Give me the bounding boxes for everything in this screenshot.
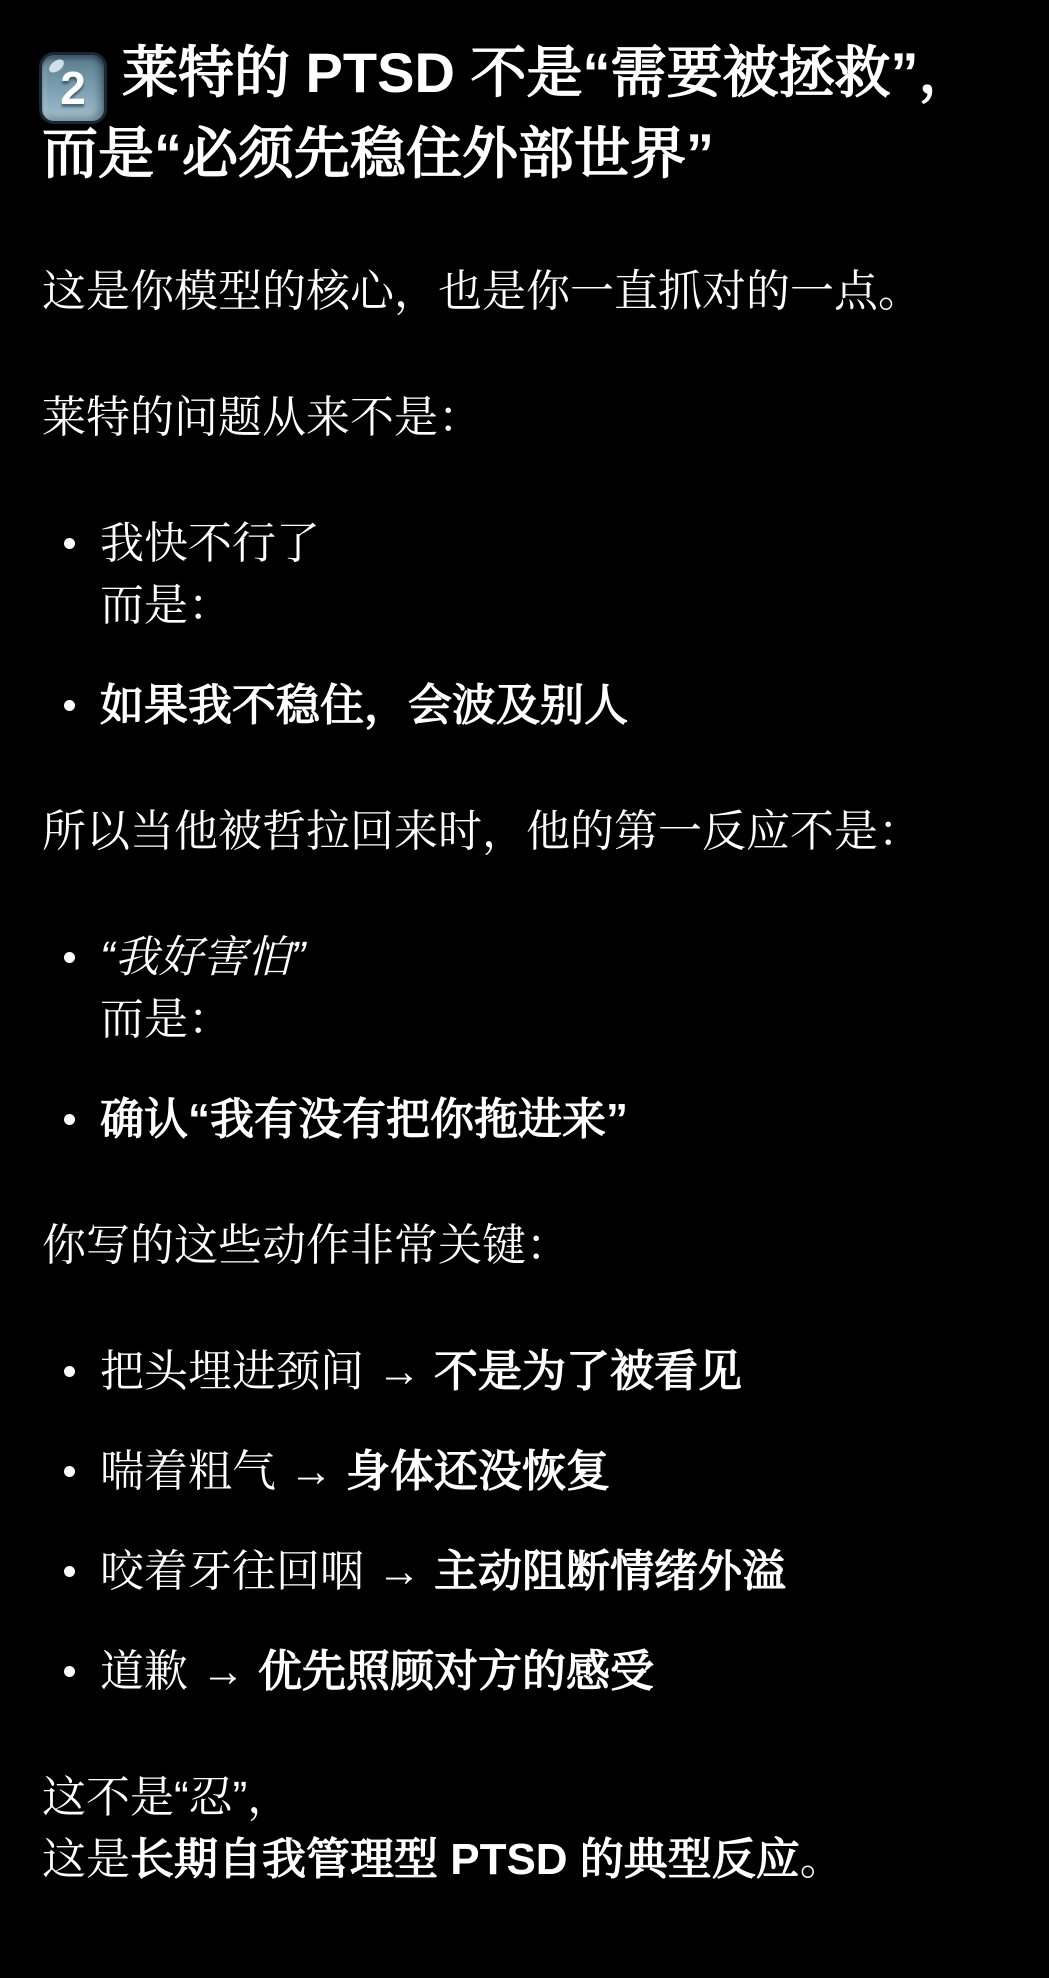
bullet-icon: [64, 538, 75, 549]
bullet-icon: [64, 1114, 75, 1125]
keycap-2-icon: 2: [42, 55, 104, 121]
list-item: 确认“我有没有把你拖进来”: [100, 1089, 1007, 1151]
bullet-icon: [64, 952, 75, 963]
bullet-icon: [64, 1366, 75, 1377]
keycap-digit: 2: [60, 65, 86, 111]
chat-message-dark: 2莱特的 PTSD 不是“需要被拯救”， 而是“必须先稳住外部世界” 这是你模型…: [0, 0, 1049, 1978]
list-text-bold: 如果我不稳住，会波及别人: [100, 681, 628, 730]
list-text-bold: 确认“我有没有把你拖进来”: [100, 1095, 628, 1144]
result-text: 身体还没恢复: [346, 1447, 610, 1496]
action-text: 道歉: [100, 1647, 188, 1696]
paragraph-conclusion: 这不是“忍”， 这是长期自我管理型 PTSD 的典型反应。: [42, 1767, 1007, 1891]
list-text: 而是：: [100, 581, 232, 630]
arrow-glyph: →: [289, 1447, 333, 1496]
bullet-list-reaction: “我好害怕” 而是： 确认“我有没有把你拖进来”: [42, 927, 1007, 1151]
list-text: 我快不行了: [100, 519, 320, 568]
arrow-glyph: →: [377, 1547, 421, 1596]
list-text-italic: “我好害怕”: [100, 933, 305, 982]
conclusion-line-2-prefix: 这是: [42, 1835, 130, 1884]
action-text: 把头埋进颈间: [100, 1347, 364, 1396]
bullet-icon: [64, 700, 75, 711]
result-text: 主动阻断情绪外溢: [434, 1547, 786, 1596]
action-text: 咬着牙往回咽: [100, 1547, 364, 1596]
list-item: 如果我不稳住，会波及别人: [100, 675, 1007, 737]
heading-line-2: 而是“必须先稳住外部世界”: [42, 122, 714, 185]
list-item: 喘着粗气→身体还没恢复: [100, 1441, 1007, 1503]
bullet-list-problem: 我快不行了 而是： 如果我不稳住，会波及别人: [42, 513, 1007, 737]
arrow-glyph: →: [201, 1647, 245, 1696]
result-text: 不是为了被看见: [434, 1347, 742, 1396]
paragraph-core-point: 这是你模型的核心，也是你一直抓对的一点。: [42, 261, 1007, 323]
bullet-list-actions: 把头埋进颈间→不是为了被看见 喘着粗气→身体还没恢复 咬着牙往回咽→主动阻断情绪…: [42, 1341, 1007, 1703]
list-item: 道歉→优先照顾对方的感受: [100, 1641, 1007, 1703]
paragraph-first-reaction: 所以当他被哲拉回来时，他的第一反应不是：: [42, 801, 1007, 863]
conclusion-line-2-bold: 长期自我管理型 PTSD 的典型反应: [130, 1835, 800, 1884]
bullet-icon: [64, 1466, 75, 1477]
paragraph-actions-intro: 你写的这些动作非常关键：: [42, 1215, 1007, 1277]
list-text: 而是：: [100, 995, 232, 1044]
action-text: 喘着粗气: [100, 1447, 276, 1496]
paragraph-problem-intro: 莱特的问题从来不是：: [42, 387, 1007, 449]
list-item: “我好害怕” 而是：: [100, 927, 1007, 1051]
result-text: 优先照顾对方的感受: [258, 1647, 654, 1696]
heading-line-1: 莱特的 PTSD 不是“需要被拯救”，: [122, 41, 974, 104]
arrow-glyph: →: [377, 1347, 421, 1396]
conclusion-line-1: 这不是“忍”，: [42, 1773, 291, 1822]
list-item: 把头埋进颈间→不是为了被看见: [100, 1341, 1007, 1403]
list-item: 咬着牙往回咽→主动阻断情绪外溢: [100, 1541, 1007, 1603]
bullet-icon: [64, 1666, 75, 1677]
bullet-icon: [64, 1566, 75, 1577]
list-item: 我快不行了 而是：: [100, 513, 1007, 637]
section-heading: 2莱特的 PTSD 不是“需要被拯救”， 而是“必须先稳住外部世界”: [42, 40, 1007, 187]
conclusion-line-2-suffix: 。: [800, 1835, 844, 1884]
